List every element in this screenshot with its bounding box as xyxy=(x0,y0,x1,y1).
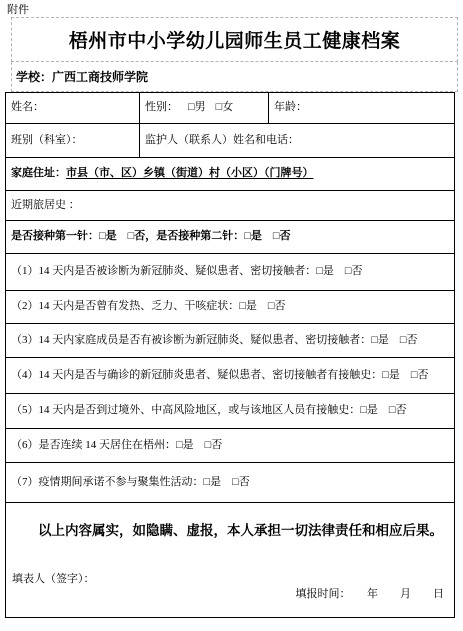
document-title: 梧州市中小学幼儿园师生员工健康档案 xyxy=(69,26,401,53)
table-row-question-2: （2）14 天内是否曾有发热、乏力、干咳症状：□是 □否 xyxy=(6,290,454,323)
gender-label: 性别： xyxy=(145,101,178,114)
travel-history-label: 近期旅居史 ： xyxy=(6,191,454,220)
guardian-field-label: 监护人（联系人）姓名和电话： xyxy=(139,124,454,157)
question-4-text: （4）14 天内是否与确诊的新冠肺炎患者、疑似患者、密切接触者有接触史：□是 □… xyxy=(6,358,454,393)
table-row-question-7: （7）疫情期间承诺不参与聚集性活动：□是 □否 xyxy=(6,462,454,502)
table-row-travel-history: 近期旅居史 ： xyxy=(6,190,454,220)
question-2-text: （2）14 天内是否曾有发热、乏力、干咳症状：□是 □否 xyxy=(6,291,454,323)
table-row-address: 家庭住址：市县（市、区）乡镇（街道）村（小区）（门牌号） xyxy=(6,157,454,190)
document-page: 附件 梧州市中小学幼儿园师生员工健康档案 学校：广西工商技师学院 姓名： 性别：… xyxy=(0,0,463,631)
question-1-text: （1）14 天内是否被诊断为新冠肺炎、疑似患者、密切接触者：□是 □否 xyxy=(6,254,454,290)
fill-date-line: 填报时间： 年 月 日 xyxy=(296,588,445,601)
name-field-label: 姓名： xyxy=(6,93,139,123)
table-row-question-5: （5）14 天内是否到过境外、中高风险地区，或与该地区人员有接触史：□是 □否 xyxy=(6,393,454,428)
document-title-box: 梧州市中小学幼儿园师生员工健康档案 xyxy=(11,17,458,62)
address-template-text: 市县（市、区）乡镇（街道）村（小区）（门牌号） xyxy=(66,167,314,180)
gender-field: 性别： □男 □女 xyxy=(139,93,268,123)
age-field-label: 年龄： xyxy=(268,93,454,123)
table-row-question-3: （3）14 天内家庭成员是否有被诊断为新冠肺炎、疑似患者、密切接触者：□是 □否 xyxy=(6,323,454,357)
question-3-text: （3）14 天内家庭成员是否有被诊断为新冠肺炎、疑似患者、密切接触者：□是 □否 xyxy=(6,324,454,357)
declaration-text: 以上内容属实，如隐瞒、虚报，本人承担一切法律责任和相应后果。 xyxy=(6,503,454,540)
class-field-label: 班别（科室）： xyxy=(6,124,139,157)
address-field: 家庭住址：市县（市、区）乡镇（街道）村（小区）（门牌号） xyxy=(6,158,454,190)
question-5-text: （5）14 天内是否到过境外、中高风险地区，或与该地区人员有接触史：□是 □否 xyxy=(6,394,454,428)
question-7-text: （7）疫情期间承诺不参与聚集性活动：□是 □否 xyxy=(6,463,454,502)
health-form-table: 姓名： 性别： □男 □女 年龄： 班别（科室）： 监护人（联系人）姓名和电话：… xyxy=(5,92,455,618)
table-row-identity: 姓名： 性别： □男 □女 年龄： xyxy=(6,93,454,123)
table-row-class-guardian: 班别（科室）： 监护人（联系人）姓名和电话： xyxy=(6,123,454,157)
question-6-text: （6）是否连续 14 天居住在梧州：□是 □否 xyxy=(6,429,454,462)
address-label: 家庭住址： xyxy=(11,167,66,180)
table-row-question-1: （1）14 天内是否被诊断为新冠肺炎、疑似患者、密切接触者：□是 □否 xyxy=(6,253,454,290)
male-checkbox-option: □男 xyxy=(188,101,206,114)
school-name-label: 学校：广西工商技师学院 xyxy=(16,68,148,85)
table-row-declaration: 以上内容属实，如隐瞒、虚报，本人承担一切法律责任和相应后果。 填表人（签字）： … xyxy=(6,502,454,617)
table-row-vaccine: 是否接种第一针：□是 □否，是否接种第二针：□是 □否 xyxy=(6,220,454,253)
attachment-label: 附件 xyxy=(7,1,29,17)
table-row-question-4: （4）14 天内是否与确诊的新冠肺炎患者、疑似患者、密切接触者有接触史：□是 □… xyxy=(6,357,454,393)
vaccine-question-line: 是否接种第一针：□是 □否，是否接种第二针：□是 □否 xyxy=(6,221,454,253)
signature-label: 填表人（签字）： xyxy=(12,573,95,586)
female-checkbox-option: □女 xyxy=(216,101,234,114)
table-row-question-6: （6）是否连续 14 天居住在梧州：□是 □否 xyxy=(6,428,454,462)
school-line: 学校：广西工商技师学院 xyxy=(11,62,458,92)
